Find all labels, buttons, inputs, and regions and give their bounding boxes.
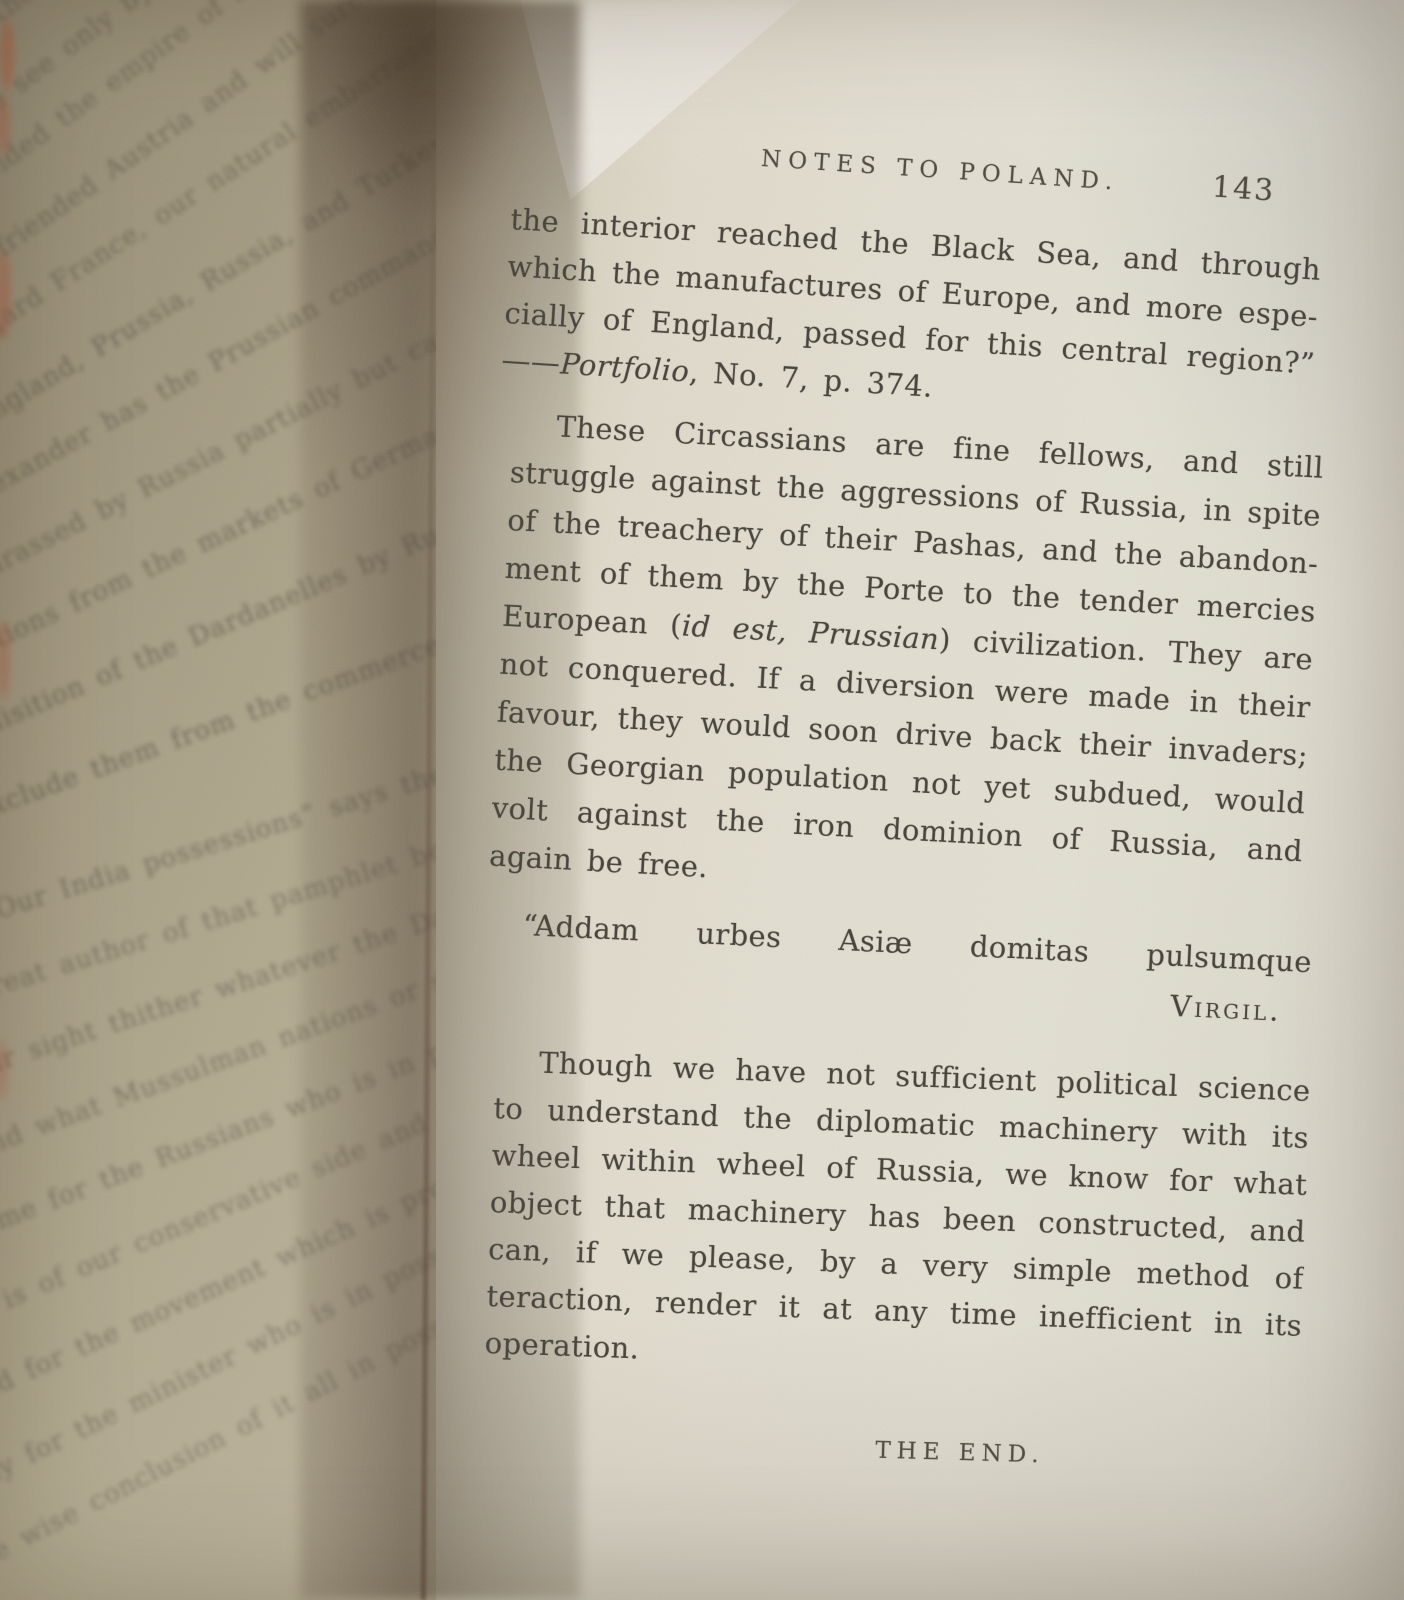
source-title: Portfolio — [559, 346, 690, 388]
paragraph-political-science: Though we have not sufficient political … — [484, 1038, 1312, 1397]
open-book-photo: so the measures to which the minister wa… — [0, 0, 1404, 1600]
line-italic: id est, Prussian — [681, 608, 940, 656]
red-speck — [0, 20, 14, 90]
line-pre: European ( — [501, 599, 682, 643]
paragraph-circassians: These Circassians are fine fellows, and … — [488, 400, 1325, 923]
spine-shadow — [315, 0, 525, 230]
source-rest: , No. 7, p. 374. — [688, 355, 934, 404]
source-dash: —— — [501, 343, 562, 381]
page-number: 143 — [1211, 170, 1276, 209]
book-photograph: { "right_page": { "running_head": "NOTES… — [0, 0, 1404, 1600]
